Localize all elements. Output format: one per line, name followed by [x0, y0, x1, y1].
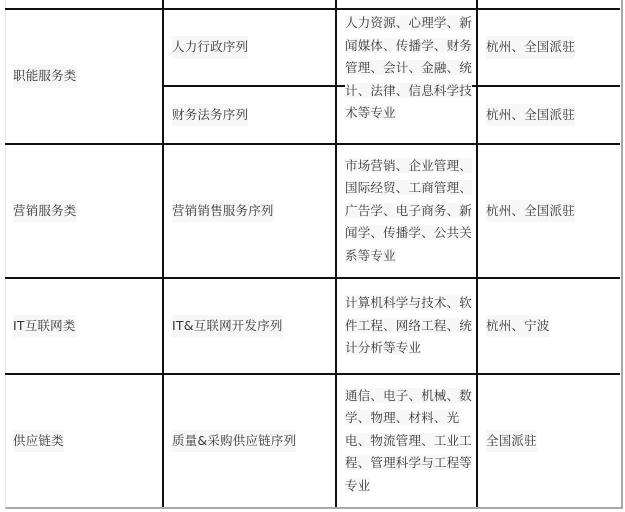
category-label: 职能服务类 — [13, 65, 77, 88]
majors-cell: 市场营销、企业管理、 国际经贸、工商管理、 广告学、电子商务、新 闻学、传播学、… — [337, 145, 476, 277]
majors-text: 计算机科学与技术、软 件工程、网络工程、统 计分析等专业 — [345, 292, 473, 360]
majors-cell: 通信、电子、机械、数 学、物理、材料、光 电、物流管理、工业工 程、管理科学与工… — [337, 375, 476, 507]
sequence-label: IT&互联网开发序列 — [172, 315, 283, 338]
sequence-cell: 人力行政序列 — [164, 10, 335, 85]
sequence-cell: 营销销售服务序列 — [164, 145, 335, 277]
majors-text: 人力资源、心理学、新 闻媒体、传播学、财务 管理、会计、金融、统 计、法律、信息… — [345, 12, 473, 125]
location-cell: 杭州、宁波 — [478, 279, 620, 373]
location-label: 全国派驻 — [486, 430, 537, 453]
location-cell: 杭州、全国派驻 — [478, 145, 620, 277]
sequence-label: 营销销售服务序列 — [172, 200, 274, 223]
category-cell: 供应链类 — [5, 375, 162, 507]
majors-text: 通信、电子、机械、数 学、物理、材料、光 电、物流管理、工业工 程、管理科学与工… — [345, 385, 473, 498]
location-label: 杭州、全国派驻 — [486, 104, 575, 127]
category-label: IT互联网类 — [13, 315, 76, 338]
majors-cell: 计算机科学与技术、软 件工程、网络工程、统 计分析等专业 — [337, 279, 476, 373]
location-label: 杭州、全国派驻 — [486, 36, 575, 59]
category-cell: 营销服务类 — [5, 145, 162, 277]
majors-cell: 人力资源、心理学、新 闻媒体、传播学、财务 管理、会计、金融、统 计、法律、信息… — [337, 10, 476, 143]
category-cell: 职能服务类 — [5, 10, 162, 143]
sequence-cell: 财务法务序列 — [164, 87, 335, 143]
sequence-label: 人力行政序列 — [172, 36, 248, 59]
location-cell: 杭州、全国派驻 — [478, 10, 620, 85]
sequence-cell: 质量&采购供应链序列 — [164, 375, 335, 507]
location-label: 杭州、宁波 — [486, 315, 550, 338]
location-cell: 全国派驻 — [478, 375, 620, 507]
location-cell: 杭州、全国派驻 — [478, 87, 620, 143]
location-label: 杭州、全国派驻 — [486, 200, 575, 223]
sequence-label: 财务法务序列 — [172, 104, 248, 127]
sequence-label: 质量&采购供应链序列 — [172, 430, 296, 453]
majors-text: 市场营销、企业管理、 国际经贸、工商管理、 广告学、电子商务、新 闻学、传播学、… — [345, 155, 473, 268]
category-label: 营销服务类 — [13, 200, 77, 223]
sequence-cell: IT&互联网开发序列 — [164, 279, 335, 373]
category-label: 供应链类 — [13, 430, 64, 453]
category-cell: IT互联网类 — [5, 279, 162, 373]
